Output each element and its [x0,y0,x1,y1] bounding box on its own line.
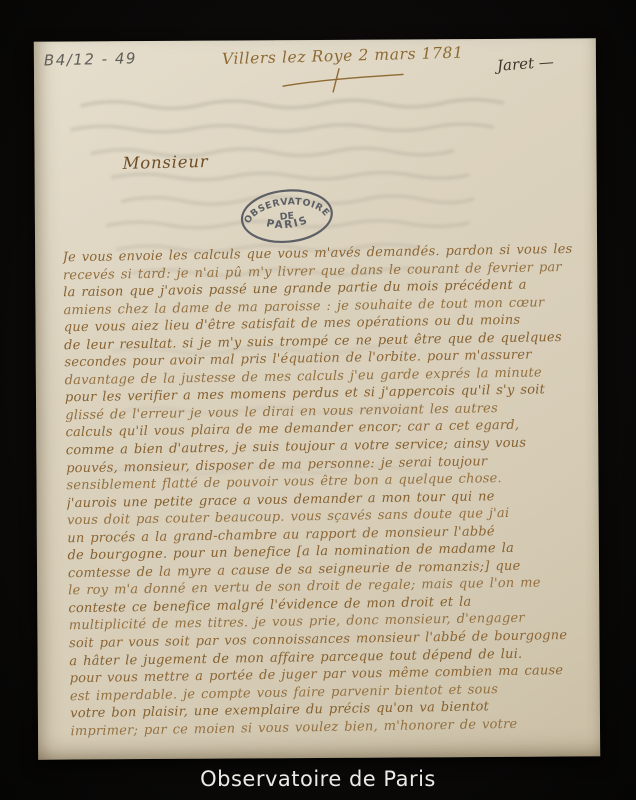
letter-salutation: Monsieur [122,152,208,173]
author-annotation: Jaret — [497,53,555,75]
caption-text: Observatoire de Paris [200,767,436,791]
letter-dateline: Villers lez Roye 2 mars 1781 [222,44,464,69]
observatory-stamp: OBSERVATOIRE DE PARIS [236,183,337,250]
letter-body: Je vous envoie les calculs que vous m'av… [63,241,596,741]
archive-number: B4/12 - 49 [44,49,137,69]
letter-sheet: B4/12 - 49 Villers lez Roye 2 mars 1781 … [34,38,600,759]
caption-bar: Observatoire de Paris [0,758,636,800]
flourish-cross-icon [277,65,407,94]
